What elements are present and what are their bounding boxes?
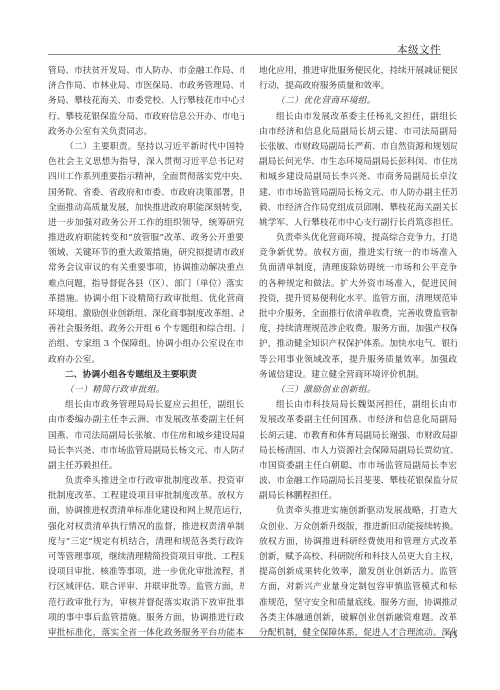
text-line: 副局长林鹏程担任。 <box>259 489 457 504</box>
text-line: 长胡云建、市教育和体育局副局长谢强、市财政局副 <box>259 429 457 444</box>
subheading-group-1: （一）精简行政审批组。 <box>48 383 244 398</box>
text-line: 行动，提高政府服务质量和效率。 <box>259 79 457 94</box>
text-line: 强化对权责清单执行情况的监督，推进权责清单制 <box>48 520 244 535</box>
text-line: 色社会主义思想为指导，深入贯彻习近平总书记对 <box>48 155 244 170</box>
text-line: 国燕、市司法局副局长张敏、市住房和城乡建设局副 <box>48 429 244 444</box>
text-line: 度与“三定”规定有机结合，清理和规范各类行政许 <box>48 535 244 550</box>
text-line: 革措施。协调小组下设精简行政审批组、优化营商 <box>48 292 244 307</box>
section-heading: 二、协调小组各专题组及主要职责 <box>48 368 244 383</box>
subheading-group-2: （二）优化营商环境组。 <box>259 94 457 109</box>
text-line: 行、攀枝花银保监分局、市政府信息公开办、市电子 <box>48 110 244 125</box>
text-line: 竞争新优势。放权方面，推进实行统一的市场准入 <box>259 246 457 261</box>
left-column: 管局、市扶贫开发局、市人防办、市金融工作局、市经 济合作局、市林业局、市医保局、… <box>48 64 244 641</box>
text-line: 治组、专家组 3 个保障组。协调小组办公室设在市 <box>48 337 244 352</box>
text-line: 进一步加强对政务公开工作的组织领导，统筹研究 <box>48 216 244 231</box>
text-line: 组长由市发展改革委主任杨礼文担任，副组长 <box>259 110 457 125</box>
text-line: 可等管理事项，继续清理精简投资项目审批、工程建 <box>48 550 244 565</box>
text-line: 批制度改革、工程建设项目审批制度改革。放权方 <box>48 489 244 504</box>
text-line: 的各种规定和做法。扩大外资市场准入，促进民间 <box>259 277 457 292</box>
text-line: 负责牵头推进全市行政审批制度改革、投资审 <box>48 474 244 489</box>
text-line: 副局长何光华、市生态环境局副局长彭科闵、市住房 <box>259 155 457 170</box>
text-line: 政府办公室。 <box>48 353 244 368</box>
text-line: 济合作局、市林业局、市医保局、市政务管理局、市税 <box>48 79 244 94</box>
page-number: 13 <box>448 630 457 640</box>
text-line: 审批标准化，落实全省一体化政务服务平台功能本 <box>48 626 244 641</box>
text-line: 组长由市政务管理局局长夏应云担任，副组长 <box>48 398 244 413</box>
text-line: 全面推动高质量发展，加快推进政府职能深刻转变， <box>48 201 244 216</box>
text-line: 分配机制，健全保障体系，促进人才合理流动。深化 <box>259 626 457 641</box>
text-line: 负责牵头优化营商环境，提高综合竞争力，打造 <box>259 231 457 246</box>
text-line: 副主任苏毅担任。 <box>48 459 244 474</box>
text-line: 务诚信建设。建立健全营商环境评价机制。 <box>259 368 457 383</box>
text-line: 毅、市经济合作局党组成员邱刚、攀枝花海关副关长 <box>259 201 457 216</box>
header-rule <box>48 54 441 55</box>
text-line: 等公用事业领域改革，提升服务质量效率。加强政 <box>259 353 457 368</box>
text-line: 建、市市场监管局副局长杨文元、市人防办副主任苏 <box>259 186 457 201</box>
text-line: 度，持续清理规范涉企收费。服务方面，加强产权保 <box>259 322 457 337</box>
text-line: 和城乡建设局副局长李兴尧、市商务局副局长卓汶 <box>259 170 457 185</box>
text-line: 众创业、万众创新升级版，推进新旧动能接续转换。 <box>259 520 457 535</box>
text-line: 局长李兴尧、市市场监管局副局长杨文元、市人防办 <box>48 444 244 459</box>
text-line: 善社会服务组、政务公开组 6 个专题组和综合组、法 <box>48 322 244 337</box>
text-line: 投资，提升贸易便利化水平。监管方面，清理规范审 <box>259 292 457 307</box>
text-line: 各类主体融通创新，破解创业创新融资难题。改革 <box>259 611 457 626</box>
text-line: 负责牵头推进实施创新驱动发展战略，打造大 <box>259 504 457 519</box>
subheading-main-duties: （二）主要职责。坚持以习近平新时代中国特 <box>48 140 244 155</box>
text-line: 地化应用，推进审批服务便民化，持续开展减证便民 <box>259 64 457 79</box>
text-line: 护，推动健全知识产权保护体系。加快水电气、银行 <box>259 337 457 352</box>
text-line: 项的事中事后监管措施。服务方面，协调推进行政 <box>48 611 244 626</box>
text-line: 行区域评估、联合评审、并联审批等。监管方面，规 <box>48 580 244 595</box>
text-line: 方面，对新兴产业量身定制包容审慎监管模式和标 <box>259 580 457 595</box>
subheading-group-3: （三）激励创业创新组。 <box>259 383 457 398</box>
text-line: 设项目审批、核准等事项，进一步优化审批流程，推 <box>48 565 244 580</box>
text-line: 放权方面，协调推进科研经费使用和管理方式改革 <box>259 535 457 550</box>
text-line: 市国资委副主任白朝聪、市市场监管局副局长李宏 <box>259 459 457 474</box>
text-line: 常务会议审议的有关重要事项，协调推动解决重点 <box>48 261 244 276</box>
text-line: 创新，赋予高校、科研院所和科技人员更大自主权， <box>259 550 457 565</box>
text-line: 发展改革委副主任何国燕、市经济和信息化局副局 <box>259 413 457 428</box>
text-line: 长张敏、市财政局副局长严莉、市自然资源和规划局 <box>259 140 457 155</box>
text-line: 局长杨清国、市人力资源社会保障局副局长贾幼宜、 <box>259 444 457 459</box>
text-line: 推进政府职能转变和“放管服”改革、政务公开重要 <box>48 231 244 246</box>
text-line: 准规范，坚守安全和质量底线。服务方面，协调推动 <box>259 596 457 611</box>
text-line: 难点问题，指导督促各县（区）、部门（单位）落实改 <box>48 277 244 292</box>
text-line: 务局、攀枝花海关、市委党校、人行攀枝花市中心支 <box>48 94 244 109</box>
text-line: 国务院、省委、省政府和市委、市政府决策部署，围绕 <box>48 186 244 201</box>
text-line: 批中介服务，全面推行依清单收费，完善收费监管制 <box>259 307 457 322</box>
text-line: 负面清单制度，清理废除妨碍统一市场和公平竞争 <box>259 261 457 276</box>
footer-rule <box>48 637 445 638</box>
text-line: 提高创新成果转化效率，激发创业创新活力。监管 <box>259 565 457 580</box>
text-line: 范行政审批行为，审核并督促落实取消下放审批事 <box>48 596 244 611</box>
text-line: 管局、市扶贫开发局、市人防办、市金融工作局、市经 <box>48 64 244 79</box>
text-line: 由市经济和信息化局副局长胡云建、市司法局副局 <box>259 125 457 140</box>
text-line: 政务办公室有关负责同志。 <box>48 125 244 140</box>
text-line: 波、市金融工作局副局长吕斐斐、攀枝花银保监分局 <box>259 474 457 489</box>
right-column: 地化应用，推进审批服务便民化，持续开展减证便民 行动，提高政府服务质量和效率。 … <box>259 64 457 641</box>
text-line: 领域、关键环节的重大政策措施，研究拟提请市政府 <box>48 246 244 261</box>
text-line: 组长由市科技局局长魏渠河担任，副组长由市 <box>259 398 457 413</box>
text-line: 姚学军、人行攀枝花市中心支行副行长肖筑彦担任。 <box>259 216 457 231</box>
text-line: 四川工作系列重要指示精神，全面贯彻落实党中央、 <box>48 170 244 185</box>
text-line: 环境组、激励创业创新组、深化商事制度改革组、改 <box>48 307 244 322</box>
text-line: 由市委编办副主任李云洲、市发展改革委副主任何 <box>48 413 244 428</box>
text-line: 面，协调推进权责清单标准化建设和网上规范运行， <box>48 504 244 519</box>
